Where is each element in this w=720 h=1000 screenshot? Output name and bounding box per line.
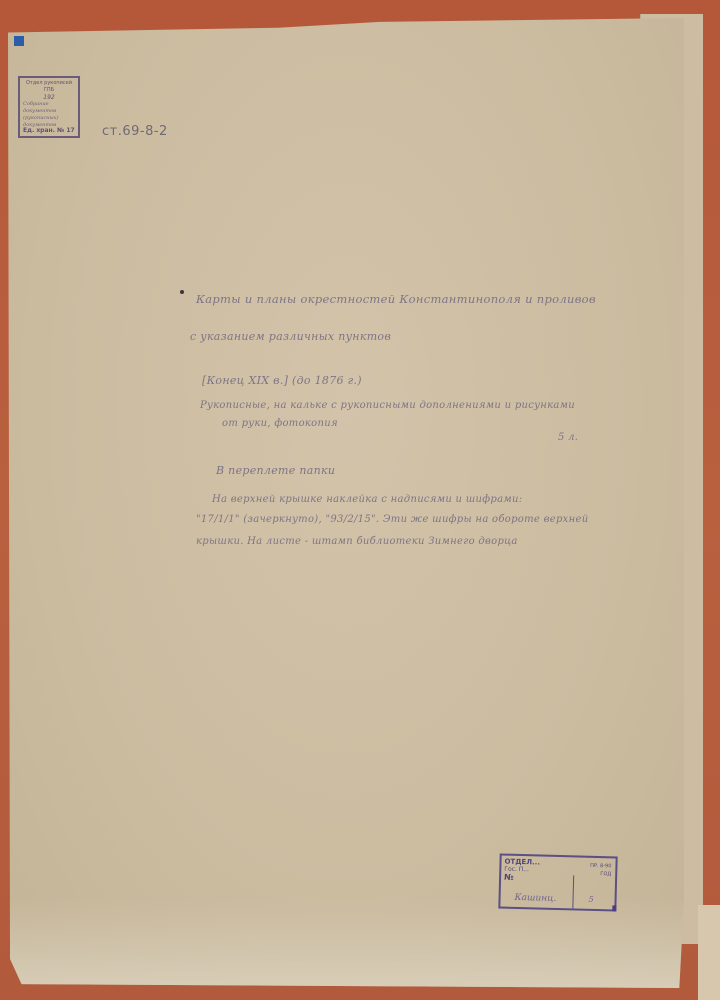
archive-stamp-bottom-right: ОТДЕЛ... Гос. П... № ПР. 8-90 ГОД Кашинц… (498, 853, 617, 911)
archive-stamp-top-left: Отдел рукописей ГПБ 192 Собрание докумен… (18, 76, 80, 138)
stamp-br-corner-mark (612, 905, 616, 911)
stamp-handwritten-1: Собрание документов (23, 101, 75, 115)
stamp-subheader: ГПБ (23, 87, 75, 94)
handwritten-binding-line: В переплете папки (216, 464, 335, 477)
stamp-footer: Ед. хран. № 17 (23, 127, 75, 134)
blue-marker-tab (14, 36, 24, 46)
handwritten-description-2: от руки, фотокопия (222, 418, 338, 429)
stamp-header: Отдел рукописей (23, 80, 75, 87)
stamp-br-right: ПР. 8-90 ГОД (590, 862, 612, 879)
handwritten-title-line-1: Карты и планы окрестностей Константинопо… (196, 292, 596, 306)
handwritten-note-1: На верхней крышке наклейка с надписями и… (212, 494, 522, 505)
handwritten-note-2: "17/1/1" (зачеркнуто), "93/2/15". Эти же… (196, 514, 588, 525)
stamp-br-divider (572, 875, 574, 908)
shelf-code: ст.69-8-2 (102, 124, 168, 139)
stamp-br-right-2: ГОД (590, 870, 612, 879)
handwritten-description-1: Рукописные, на кальке с рукописными допо… (200, 400, 575, 411)
handwritten-note-3: крышки. На листе - штамп библиотеки Зимн… (196, 536, 518, 547)
stamp-br-signature: Кашинц. (514, 894, 556, 903)
ink-dot (180, 290, 184, 294)
stamp-br-signature-2: 5 (588, 896, 593, 904)
handwritten-date-line: [Конец XIX в.] (до 1876 г.) (202, 374, 362, 387)
back-sheet-corner (698, 905, 720, 1000)
storage-unit-value: 17 (66, 127, 74, 134)
storage-unit-label: Ед. хран. № (23, 127, 64, 134)
stamp-br-right-1: ПР. 8-90 (590, 862, 612, 871)
stamp-number: 192 (23, 94, 75, 101)
handwritten-sheet-count: 5 л. (558, 432, 578, 443)
handwritten-title-line-2: с указанием различных пунктов (190, 330, 391, 343)
